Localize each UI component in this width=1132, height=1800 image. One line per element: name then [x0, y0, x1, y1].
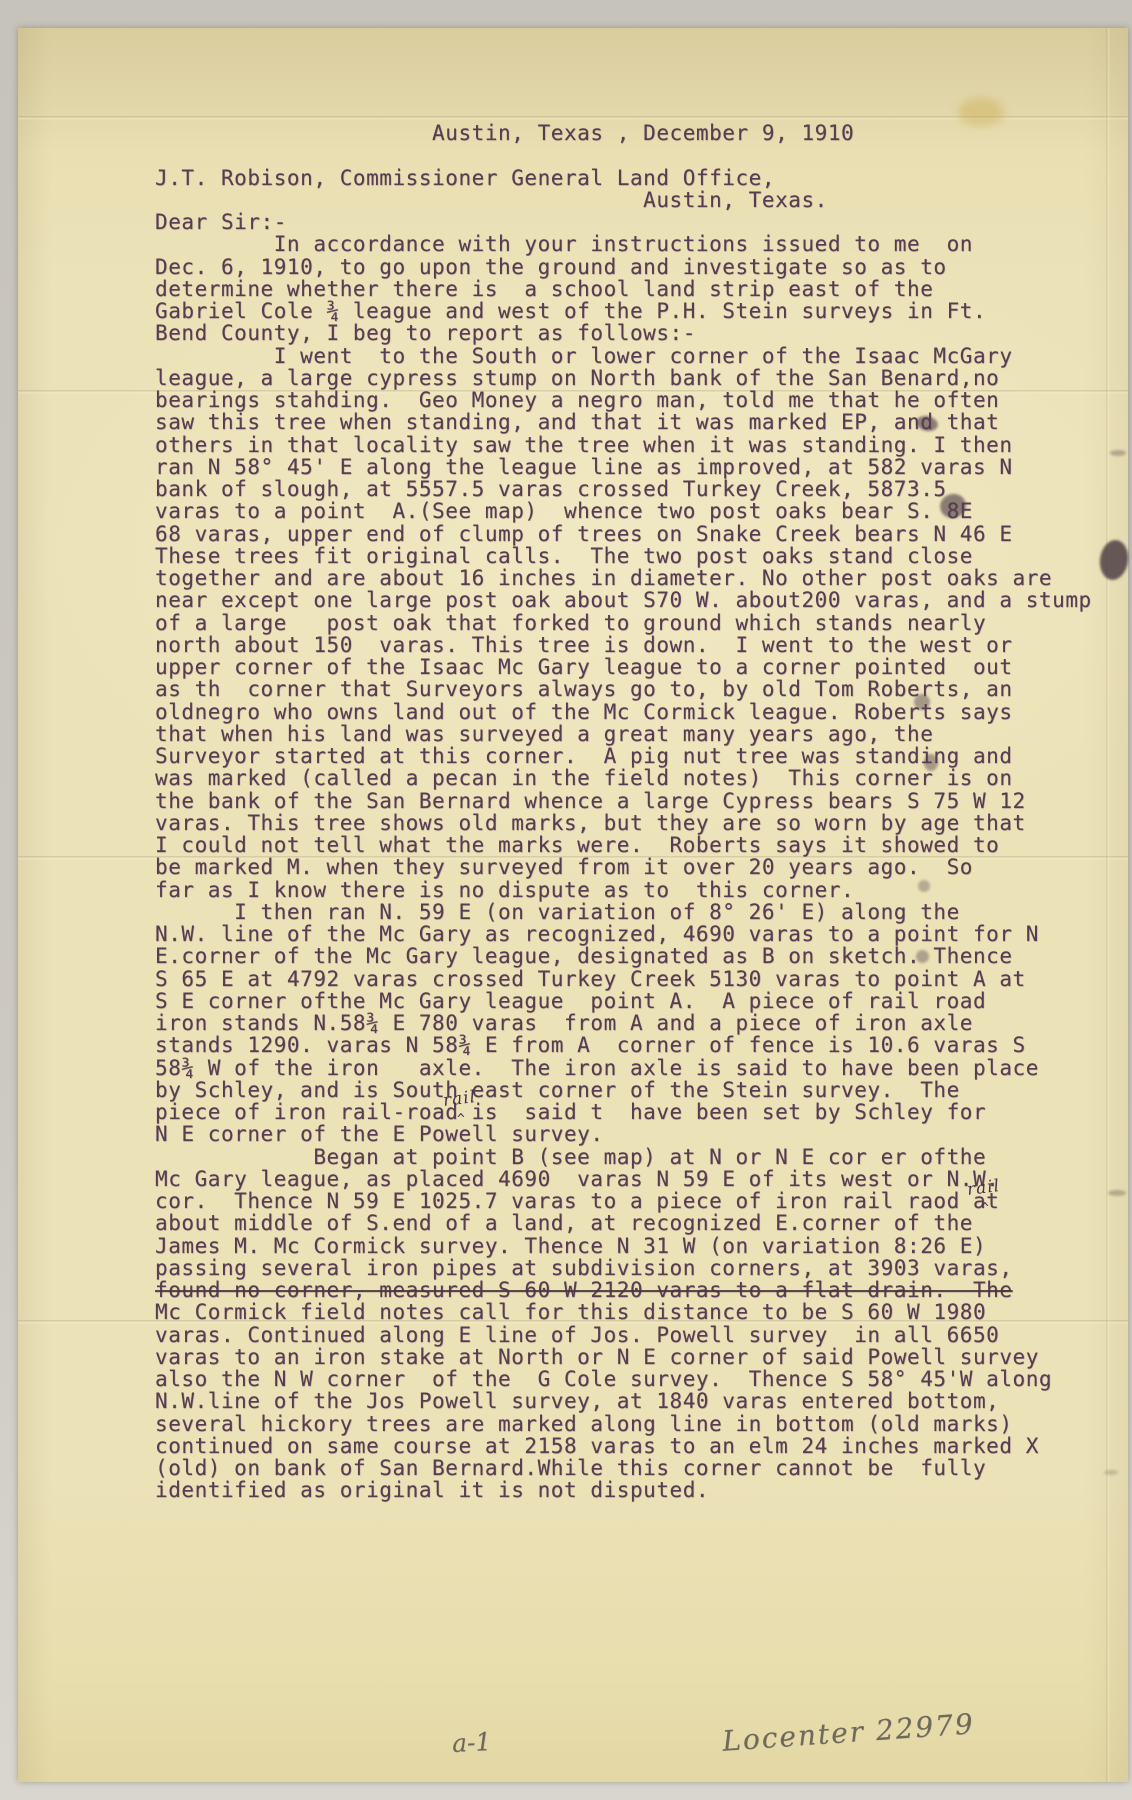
body-line: varas. Continued along E line of Jos. Po…	[155, 1324, 1115, 1346]
body-line: upper corner of the Isaac Mc Gary league…	[155, 656, 1115, 678]
body-line: Dec. 6, 1910, to go upon the ground and …	[155, 256, 1115, 278]
body-line: 68 varas, upper end of clump of trees on…	[155, 523, 1115, 545]
letter-body: Austin, Texas , December 9, 1910 J.T. Ro…	[155, 122, 1115, 1502]
body-line: varas to an iron stake at North or N E c…	[155, 1346, 1115, 1368]
body-line: E.corner of the Mc Gary league, designat…	[155, 945, 1115, 967]
body-line: varas to a point A.(See map) whence two …	[155, 500, 1115, 522]
address-line: Austin, Texas.	[155, 189, 1115, 211]
body-line: These trees fit original calls. The two …	[155, 545, 1115, 567]
body-line: several hickory trees are marked along l…	[155, 1413, 1115, 1435]
address-line: J.T. Robison, Commissioner General Land …	[155, 167, 1115, 189]
body-line: that when his land was surveyed a great …	[155, 723, 1115, 745]
body-line: I then ran N. 59 E (on variation of 8° 2…	[155, 901, 1115, 923]
date-line: Austin, Texas , December 9, 1910	[155, 122, 1115, 144]
body-line: bank of slough, at 5557.5 varas crossed …	[155, 478, 1115, 500]
body-line: others in that locality saw the tree whe…	[155, 434, 1115, 456]
body-line: was marked (called a pecan in the field …	[155, 767, 1115, 789]
body-line: by Schley, and is South east corner of t…	[155, 1079, 1115, 1101]
body-line: piece of iron rail-road is said t have b…	[155, 1101, 1115, 1123]
body-line: north about 150 varas. This tree is down…	[155, 634, 1115, 656]
body-line: N E corner of the E Powell survey.	[155, 1123, 1115, 1145]
body-line: cor. Thence N 59 E 1025.7 varas to a pie…	[155, 1190, 1115, 1212]
body-line: I went to the South or lower corner of t…	[155, 345, 1115, 367]
body-line: Began at point B (see map) at N or N E c…	[155, 1146, 1115, 1168]
fold-crease-top	[18, 116, 1128, 120]
body-line: together and are about 16 inches in diam…	[155, 567, 1115, 589]
body-line: continued on same course at 2158 varas t…	[155, 1435, 1115, 1457]
body-line: varas. This tree shows old marks, but th…	[155, 812, 1115, 834]
body-line: S E corner ofthe Mc Gary league point A.…	[155, 990, 1115, 1012]
body-line: the bank of the San Bernard whence a lar…	[155, 790, 1115, 812]
body-line: saw this tree when standing, and that it…	[155, 411, 1115, 433]
body-line: iron stands N.58¾ E 780 varas from A and…	[155, 1012, 1115, 1034]
body-line: I could not tell what the marks were. Ro…	[155, 834, 1115, 856]
body-line: Gabriel Cole ¾ league and west of the P.…	[155, 300, 1115, 322]
body-line: far as I know there is no dispute as to …	[155, 879, 1115, 901]
body-line: league, a large cypress stump on North b…	[155, 367, 1115, 389]
body-line: oldnegro who owns land out of the Mc Cor…	[155, 701, 1115, 723]
body-line: passing several iron pipes at subdivisio…	[155, 1257, 1115, 1279]
body-line: James M. Mc Cormick survey. Thence N 31 …	[155, 1235, 1115, 1257]
body-line: found no corner, measured S 60 W 2120 va…	[155, 1279, 1115, 1301]
body-line: Surveyor started at this corner. A pig n…	[155, 745, 1115, 767]
salutation: Dear Sir:-	[155, 211, 1115, 233]
body-line: N.W. line of the Mc Gary as recognized, …	[155, 923, 1115, 945]
body-line: bearings stahding. Geo Money a negro man…	[155, 389, 1115, 411]
body-line: S 65 E at 4792 varas crossed Turkey Cree…	[155, 968, 1115, 990]
body-line: of a large post oak that forked to groun…	[155, 612, 1115, 634]
pencil-annotation-page-mark: a-1	[451, 1727, 492, 1758]
body-line: (old) on bank of San Bernard.While this …	[155, 1457, 1115, 1479]
body-line: Mc Cormick field notes call for this dis…	[155, 1301, 1115, 1323]
body-line: Bend County, I beg to report as follows:…	[155, 322, 1115, 344]
body-line: stands 1290. varas N 58¾ E from A corner…	[155, 1034, 1115, 1056]
body-line: near except one large post oak about S70…	[155, 589, 1115, 611]
body-line: ran N 58° 45' E along the league line as…	[155, 456, 1115, 478]
body-line: determine whether there is a school land…	[155, 278, 1115, 300]
body-line: N.W.line of the Jos Powell survey, at 18…	[155, 1390, 1115, 1412]
body-line: as th corner that Surveyors always go to…	[155, 678, 1115, 700]
body-line: 58¾ W of the iron axle. The iron axle is…	[155, 1057, 1115, 1079]
body-line: also the N W corner of the G Cole survey…	[155, 1368, 1115, 1390]
body-line: about middle of S.end of a land, at reco…	[155, 1212, 1115, 1234]
body-line: be marked M. when they surveyed from it …	[155, 856, 1115, 878]
blank-line	[155, 144, 1115, 166]
body-line: In accordance with your instructions iss…	[155, 233, 1115, 255]
body-line: identified as original it is not dispute…	[155, 1479, 1115, 1501]
